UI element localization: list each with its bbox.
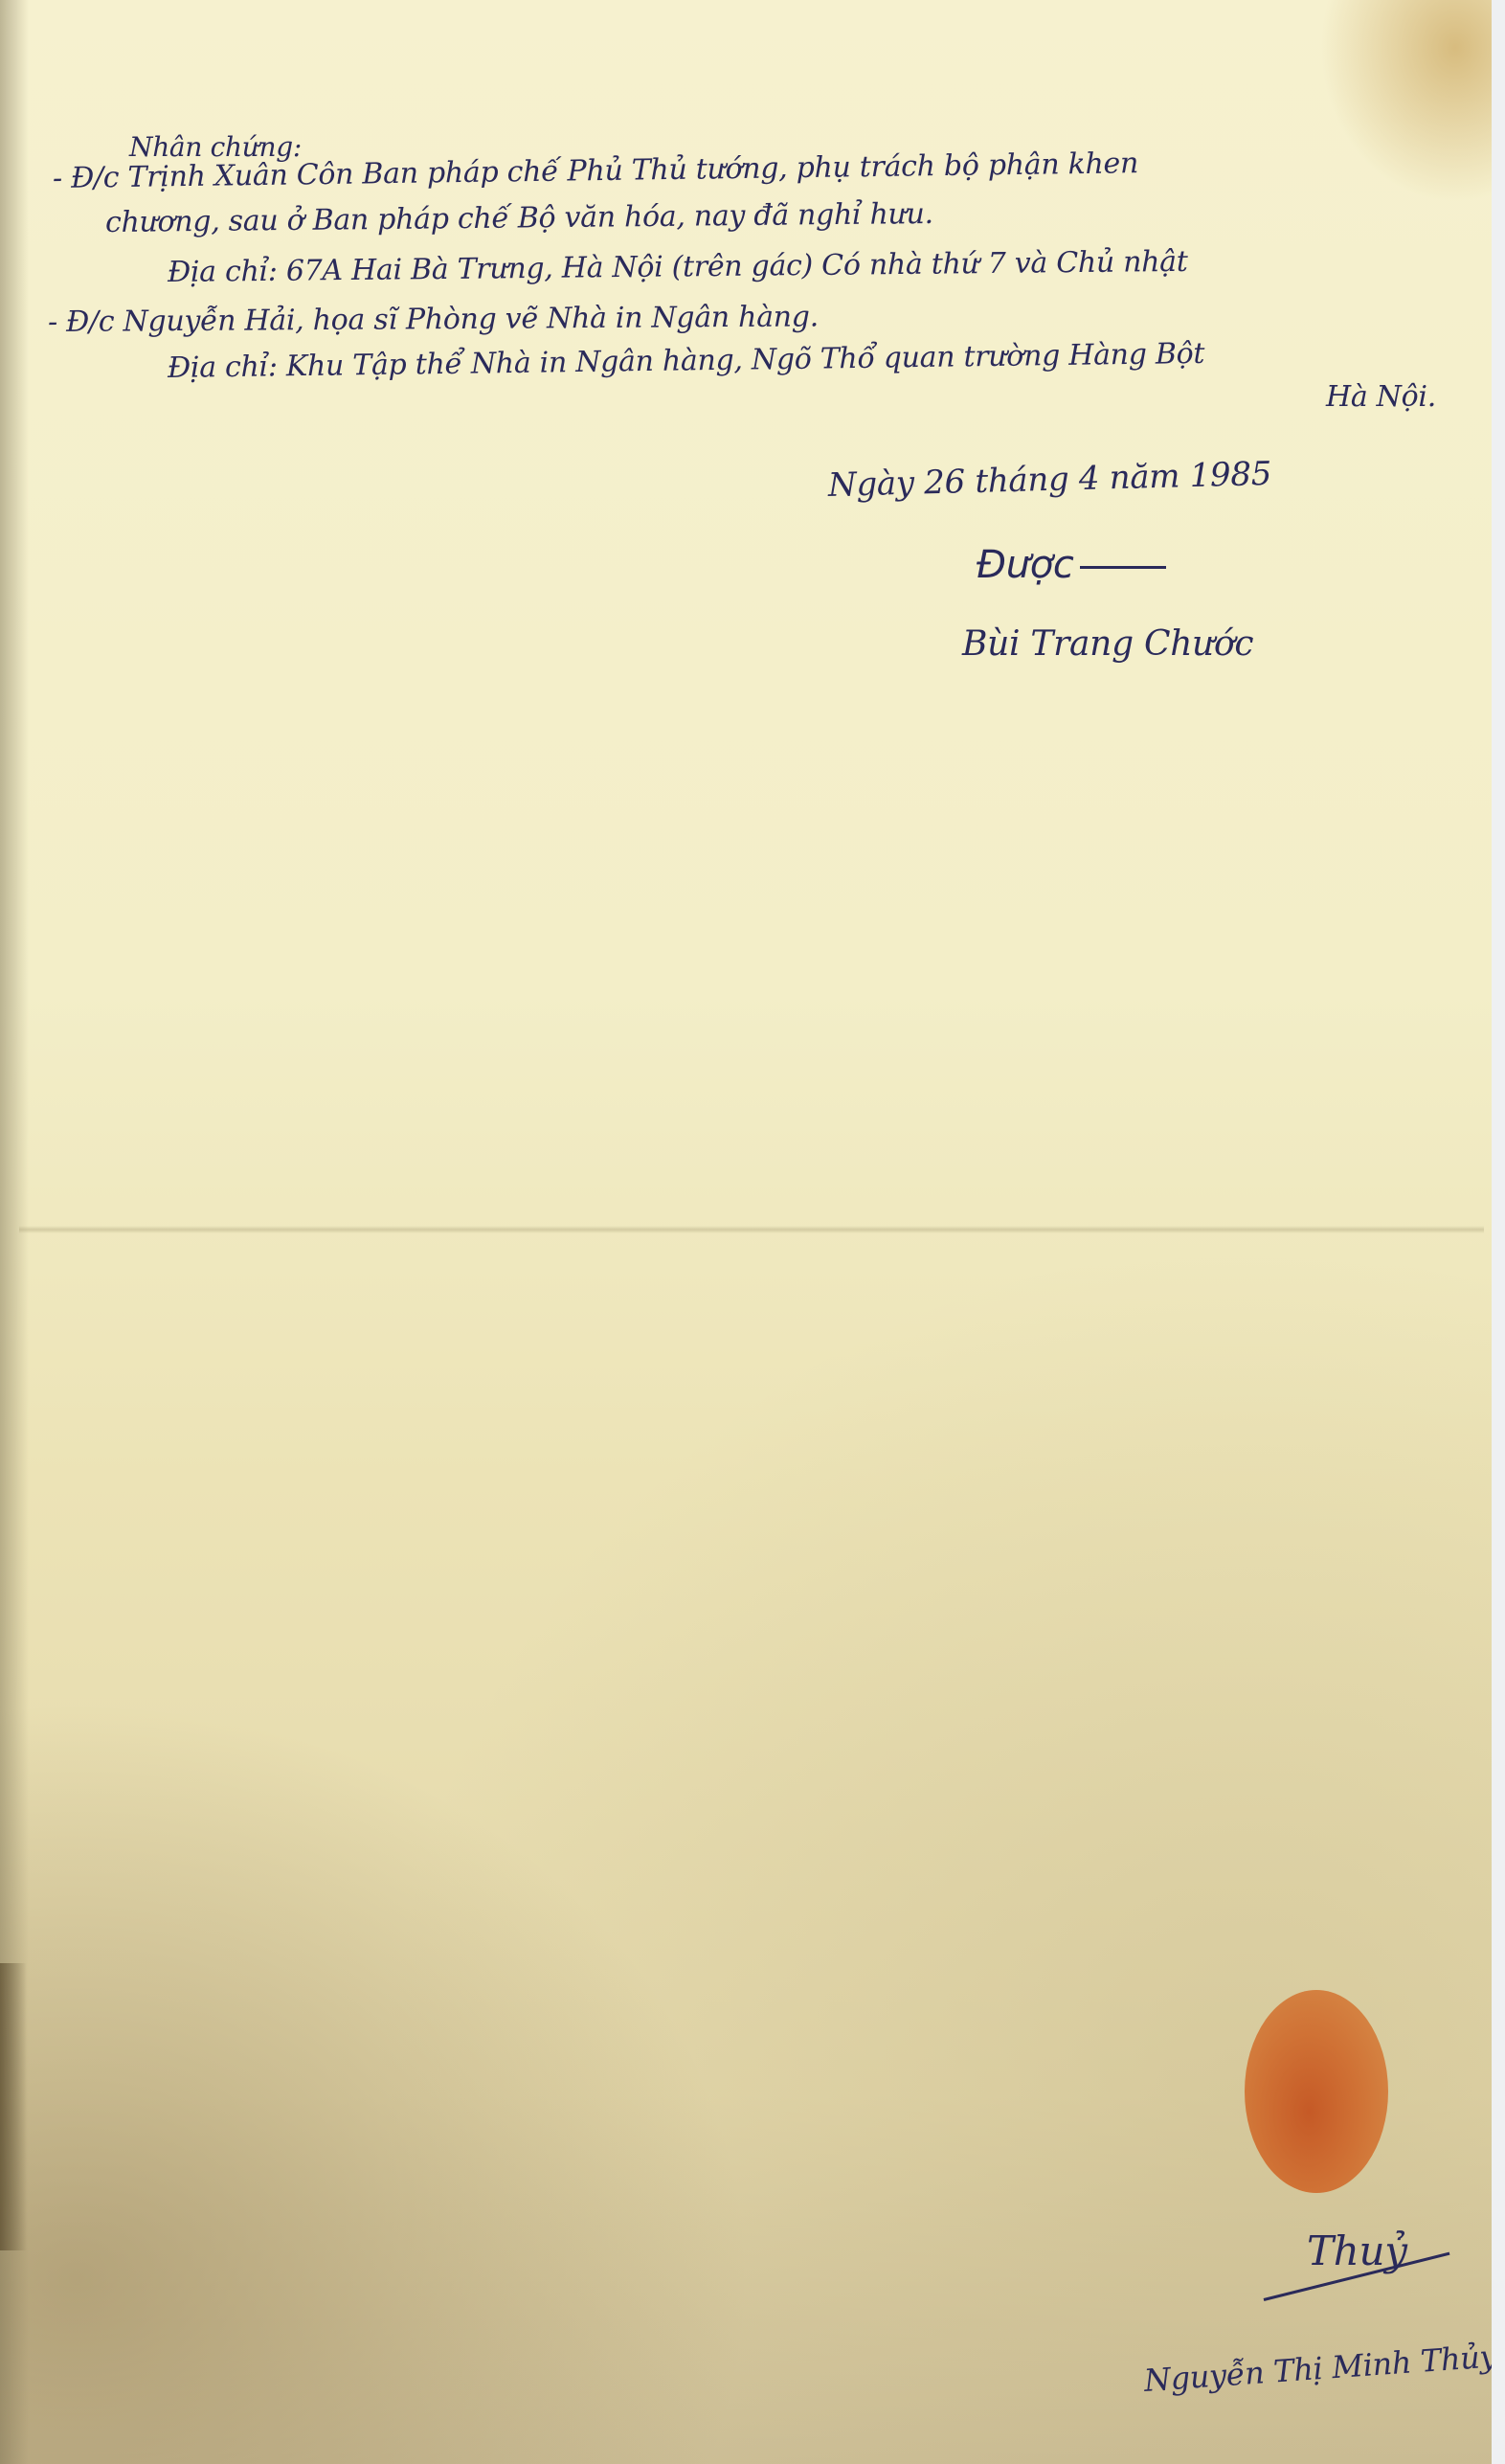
signature-1-text: Được [977,543,1074,587]
document-page: Nhân chứng: - Đ/c Trịnh Xuân Côn Ban phá… [0,0,1494,2464]
scan-border [1492,0,1505,2464]
witness-2-address-city: Hà Nội. [1326,383,1436,412]
page-edge-shadow-dark [0,1963,27,2250]
witness-1-address: Địa chỉ: 67A Hai Bà Trưng, Hà Nội (trên … [168,248,1188,287]
signer-2-name: Nguyễn Thị Minh Thủy [1143,2340,1497,2396]
document-date: Ngày 26 tháng 4 năm 1985 [828,458,1272,502]
witness-2-address: Địa chỉ: Khu Tập thể Nhà in Ngân hàng, N… [168,340,1205,383]
signature-1: Được [977,546,1166,584]
witnesses-heading: Nhân chứng: [129,134,302,161]
signature-1-stroke [1080,566,1166,569]
signer-1-name: Bùi Trang Chước [962,627,1253,662]
paper-fold-line [19,1226,1484,1233]
witness-1-line-2: chương, sau ở Ban pháp chế Bộ văn hóa, n… [105,200,933,237]
witness-2-line-1: - Đ/c Nguyễn Hải, họa sĩ Phòng vẽ Nhà in… [48,303,819,337]
fingerprint-stamp [1245,1990,1388,2193]
